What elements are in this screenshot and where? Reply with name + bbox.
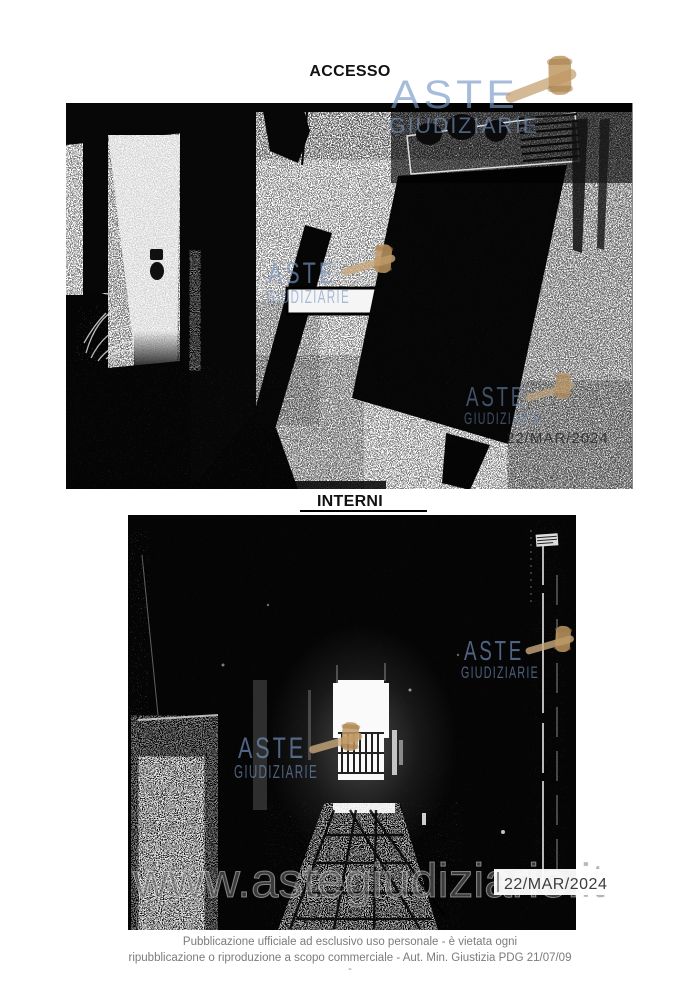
photo-interni [128, 515, 576, 930]
photo-accesso-image [66, 103, 632, 489]
door-edge-highlight [190, 253, 200, 368]
photo-accesso [66, 103, 633, 489]
door-label [536, 533, 559, 547]
floor-reflection [268, 803, 458, 930]
dark-area-speckle [66, 365, 296, 489]
footer-disclaimer: Pubblicazione ufficiale ad esclusivo uso… [0, 934, 700, 966]
section-title-interni: INTERNI [0, 493, 700, 511]
plant-speckle [78, 308, 138, 363]
section-title-accesso: ACCESSO [0, 63, 700, 81]
page-mark: - [0, 963, 700, 975]
photo-interni-image [128, 515, 576, 930]
right-door-edge [531, 525, 564, 895]
footer-line-1: Pubblicazione ufficiale ad esclusivo uso… [0, 934, 700, 950]
title-underline [300, 510, 427, 512]
document-page: ACCESSO [0, 0, 700, 991]
